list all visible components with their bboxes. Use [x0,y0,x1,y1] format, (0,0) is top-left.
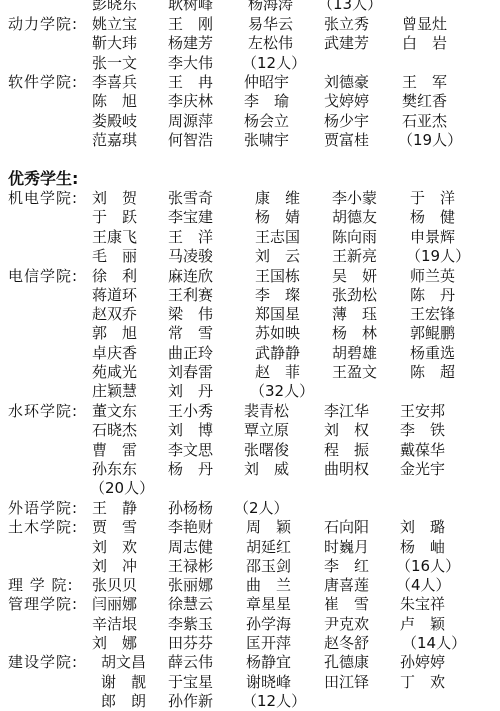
student-name: 王安邦 [400,402,445,421]
student-name: 朱宝祥 [400,595,445,614]
count-label: （12人） [242,692,306,711]
student-name: 刘 丹 [168,382,213,401]
list-row: 软件学院: 李喜兵 王 冉 仲昭宇 刘德豪 王 军 [0,73,500,92]
student-name: 孙学海 [246,615,291,634]
list-row: 建设学院: 胡文昌 薛云伟 杨静宜 孔德康 孙婷婷 [0,653,500,672]
student-name: 庄颖慧 [92,382,137,401]
student-name: 裴青松 [244,402,289,421]
student-name: 李大伟 [168,54,213,73]
student-name: 王 静 [92,499,137,518]
student-name: 李小蒙 [332,189,377,208]
student-name: 陈 超 [410,363,455,382]
student-name: 王盈文 [332,363,377,382]
list-row: 动力学院: 姚立宝 王 刚 易华云 张立秀 曾显灶 [0,15,500,34]
student-name: 李 红 [324,557,369,576]
student-name: 左松伟 [248,34,293,53]
list-row: 郭 旭 常 雪 苏如映 杨 林 郭鲲鹏 [0,324,500,343]
list-row: 庄颖慧 刘 丹 （32人） [0,382,500,401]
student-name: 戈婷婷 [324,92,369,111]
student-name: 李庆林 [168,92,213,111]
count-label: （32人） [250,382,314,401]
list-row: 卓庆香 曲正玲 武静静 胡碧雄 杨重选 [0,344,500,363]
student-name: 郎 朗 [101,692,146,711]
list-row: 彭晓东 耿树峰 杨海涛 （13人） [0,0,500,14]
count-label: （20人） [90,479,154,498]
student-name: 王 冉 [168,73,213,92]
student-name: 丁 欢 [400,673,445,692]
student-name: 程 振 [324,441,369,460]
list-row: 电信学院: 徐 利 麻连欣 王国栋 吴 妍 师兰英 [0,267,500,286]
student-name: 李文思 [168,441,213,460]
student-name: 白 岩 [402,34,447,53]
student-name: 石晓杰 [92,421,137,440]
student-name: 卢 颖 [400,615,445,634]
student-name: 薛云伟 [168,653,213,672]
student-name: 郑国星 [255,305,300,324]
student-name: 李宝建 [168,208,213,227]
student-name: 张啸宇 [244,131,289,150]
student-name: 梁 伟 [168,305,213,324]
list-row: 水环学院: 董文东 王小秀 裴青松 李江华 王安邦 [0,402,500,421]
student-name: 李 璨 [255,286,300,305]
list-row: 毛 丽 马凌骏 刘 云 王新亮 （19人） [0,247,500,266]
student-name: 杨静宜 [246,653,291,672]
student-name: 孙杨杨 [168,499,213,518]
student-name: 时巍月 [324,538,369,557]
student-name: 王禄彬 [168,557,213,576]
student-name: 杨 林 [332,324,377,343]
student-name: 周志健 [168,538,213,557]
student-name: 闫丽娜 [92,595,137,614]
student-name: 赵 菲 [255,363,300,382]
student-name: 王利赛 [168,286,213,305]
list-row: 管理学院: 闫丽娜 徐慧云 章星星 崔 雪 朱宝祥 [0,595,500,614]
list-row: 刘 冲 王禄彬 邵玉剑 李 红 （16人） [0,557,500,576]
list-row: 范嘉琪 何智浩 张啸宇 贾富桂 （19人） [0,131,500,150]
student-name: 杨建芳 [168,34,213,53]
student-name: 于宝星 [168,673,213,692]
student-name: 唐喜莲 [324,576,369,595]
student-name: 赵双乔 [92,305,137,324]
student-name: 王国栋 [255,267,300,286]
student-name: 杨 婧 [255,208,300,227]
student-name: 石亚杰 [402,112,447,131]
student-name: 覃立原 [244,421,289,440]
count-label: （19人） [406,247,470,266]
list-row: 陈 旭 李庆林 李 瑜 戈婷婷 樊红香 [0,92,500,111]
student-name: 邵玉剑 [246,557,291,576]
student-name: 卓庆香 [92,344,137,363]
student-name: 苑咸光 [92,363,137,382]
student-name: 刘 璐 [400,518,445,537]
student-name: 靳大玮 [92,34,137,53]
student-name: 尹克欢 [324,615,369,634]
student-name: 张一文 [92,54,137,73]
student-name: 胡延红 [246,538,291,557]
count-label: （2人） [234,499,289,518]
list-row: 苑咸光 刘春雷 赵 菲 王盈文 陈 超 [0,363,500,382]
list-row: 靳大玮 杨建芳 左松伟 武建芳 白 岩 [0,34,500,53]
student-name: 吴 妍 [332,267,377,286]
student-name: 曹 雷 [92,441,137,460]
student-name: 陈 丹 [410,286,455,305]
student-name: 师兰英 [410,267,455,286]
student-name: 辛洁垠 [92,615,137,634]
student-name: 刘 冲 [92,557,137,576]
student-name: 王小秀 [168,402,213,421]
student-name: 孙婷婷 [400,653,445,672]
student-name: 于 跃 [92,208,137,227]
student-name: 贾 雪 [92,518,137,537]
student-name: 谢 靓 [101,673,146,692]
student-name: 刘 欢 [92,538,137,557]
list-row: 石晓杰 刘 博 覃立原 刘 权 李 铁 [0,421,500,440]
student-name: 范嘉琪 [92,131,137,150]
college-label: 软件学院: [8,73,78,92]
student-name: 李紫玉 [168,615,213,634]
count-label: （16人） [396,557,460,576]
student-name: 赵冬舒 [324,634,369,653]
student-name: 杨 岫 [400,538,445,557]
student-name: 杨 健 [410,208,455,227]
student-name: 陈 旭 [92,92,137,111]
list-row: 刘 欢 周志健 胡延红 时巍月 杨 岫 [0,538,500,557]
student-name: 刘春雷 [168,363,213,382]
student-name: 王新亮 [332,247,377,266]
student-name: 金光宇 [400,460,445,479]
student-name: 彭晓东 [92,0,137,14]
student-name: 李艳财 [168,518,213,537]
student-name: 易华云 [248,15,293,34]
student-name: 李 铁 [400,421,445,440]
list-row: 辛洁垠 李紫玉 孙学海 尹克欢 卢 颖 [0,615,500,634]
section-heading: 优秀学生: [8,169,78,188]
student-name: 曾显灶 [402,15,447,34]
student-name: 李喜兵 [92,73,137,92]
student-name: 贾富桂 [324,131,369,150]
student-name: 马凌骏 [168,247,213,266]
count-label: （13人） [318,0,382,14]
list-row: 娄殿岐 周源萍 杨会立 杨少宇 石亚杰 [0,112,500,131]
student-name: 刘 博 [168,421,213,440]
student-name: 娄殿岐 [92,112,137,131]
student-name: 徐 利 [92,267,137,286]
student-name: 崔 雪 [324,595,369,614]
student-name: 刘德豪 [324,73,369,92]
student-name: 刘 威 [244,460,289,479]
student-name: 姚立宝 [92,15,137,34]
student-name: 谢晓峰 [246,673,291,692]
student-name: 徐慧云 [168,595,213,614]
list-row: 土木学院: 贾 雪 李艳财 周 颖 石向阳 刘 璐 [0,518,500,537]
student-name: 胡碧雄 [332,344,377,363]
student-name: 张雪奇 [168,189,213,208]
list-row: 外语学院: 王 静 孙杨杨 （2人） [0,499,500,518]
student-name: 刘 权 [324,421,369,440]
student-name: 李江华 [324,402,369,421]
student-name: 周 颖 [246,518,291,537]
list-row: 张一文 李大伟 （12人） [0,54,500,73]
list-row: 赵双乔 梁 伟 郑国星 薄 珏 王宏锋 [0,305,500,324]
list-row: 蒋道环 王利赛 李 璨 张劲松 陈 丹 [0,286,500,305]
student-name: 刘 娜 [92,634,137,653]
student-name: 曲 兰 [246,576,291,595]
student-name: 武静静 [255,344,300,363]
student-name: 张贝贝 [92,576,137,595]
student-name: 耿树峰 [168,0,213,14]
student-name: 申景辉 [410,228,455,247]
student-name: 杨重选 [410,344,455,363]
student-name: 张立秀 [324,15,369,34]
student-name: 常 雪 [168,324,213,343]
student-name: 刘 云 [255,247,300,266]
college-label: 管理学院: [8,595,78,614]
list-row: （20人） [0,479,500,498]
list-row: 于 跃 李宝建 杨 婧 胡德友 杨 健 [0,208,500,227]
student-name: 王宏锋 [410,305,455,324]
count-label: （14人） [402,634,466,653]
student-name: 曲正玲 [168,344,213,363]
college-label: 水环学院: [8,402,78,421]
student-name: 王 刚 [168,15,213,34]
list-row: 郎 朗 孙作新 （12人） [0,692,500,711]
student-name: 周源萍 [168,112,213,131]
student-name: 樊红香 [402,92,447,111]
student-name: 康 维 [255,189,300,208]
college-label: 电信学院: [8,267,78,286]
list-row: 刘 娜 田芬芬 匡开萍 赵冬舒 （14人） [0,634,500,653]
student-name: 麻连欣 [168,267,213,286]
student-name: 杨 丹 [168,460,213,479]
college-label: 理 学 院: [8,576,74,595]
student-name: 胡文昌 [101,653,146,672]
student-name: 李 瑜 [244,92,289,111]
student-name: 仲昭宇 [244,73,289,92]
student-name: 张劲松 [332,286,377,305]
college-label: 外语学院: [8,499,78,518]
student-name: 孙作新 [168,692,213,711]
student-name: 戴葆华 [400,441,445,460]
student-name: 张曙俊 [244,441,289,460]
student-name: 于 洋 [410,189,455,208]
student-name: 王康飞 [92,228,137,247]
list-row: 曹 雷 李文思 张曙俊 程 振 戴葆华 [0,441,500,460]
list-row: 王康飞 王 洋 王志国 陈向雨 申景辉 [0,228,500,247]
count-label: （19人） [398,131,462,150]
list-row: 理 学 院: 张贝贝 张丽娜 曲 兰 唐喜莲 （4人） [0,576,500,595]
list-row: 孙东东 杨 丹 刘 威 曲明权 金光宇 [0,460,500,479]
college-label: 土木学院: [8,518,78,537]
student-name: 毛 丽 [92,247,137,266]
student-name: 杨会立 [244,112,289,131]
college-label: 建设学院: [8,653,78,672]
list-row: 机电学院: 刘 贺 张雪奇 康 维 李小蒙 于 洋 [0,189,500,208]
count-label: （4人） [396,576,451,595]
list-row: 谢 靓 于宝星 谢晓峰 田江铎 丁 欢 [0,673,500,692]
student-name: 匡开萍 [246,634,291,653]
student-name: 郭 旭 [92,324,137,343]
student-name: 郭鲲鹏 [410,324,455,343]
student-name: 陈向雨 [332,228,377,247]
student-name: 蒋道环 [92,286,137,305]
student-name: 杨海涛 [248,0,293,14]
student-name: 薄 珏 [332,305,377,324]
student-name: 董文东 [92,402,137,421]
student-name: 孙东东 [92,460,137,479]
student-name: 胡德友 [332,208,377,227]
student-name: 刘 贺 [92,189,137,208]
student-name: 田江铎 [324,673,369,692]
student-name: 张丽娜 [168,576,213,595]
student-name: 曲明权 [324,460,369,479]
college-label: 机电学院: [8,189,78,208]
student-name: 苏如映 [255,324,300,343]
college-label: 动力学院: [8,15,78,34]
student-name: 章星星 [246,595,291,614]
student-name: 王 军 [402,73,447,92]
count-label: （12人） [242,54,306,73]
student-name: 杨少宇 [324,112,369,131]
student-name: 武建芳 [324,34,369,53]
student-name: 石向阳 [324,518,369,537]
student-name: 孔德康 [324,653,369,672]
student-name: 田芬芬 [168,634,213,653]
student-name: 何智浩 [168,131,213,150]
student-name: 王志国 [255,228,300,247]
student-name: 王 洋 [168,228,213,247]
